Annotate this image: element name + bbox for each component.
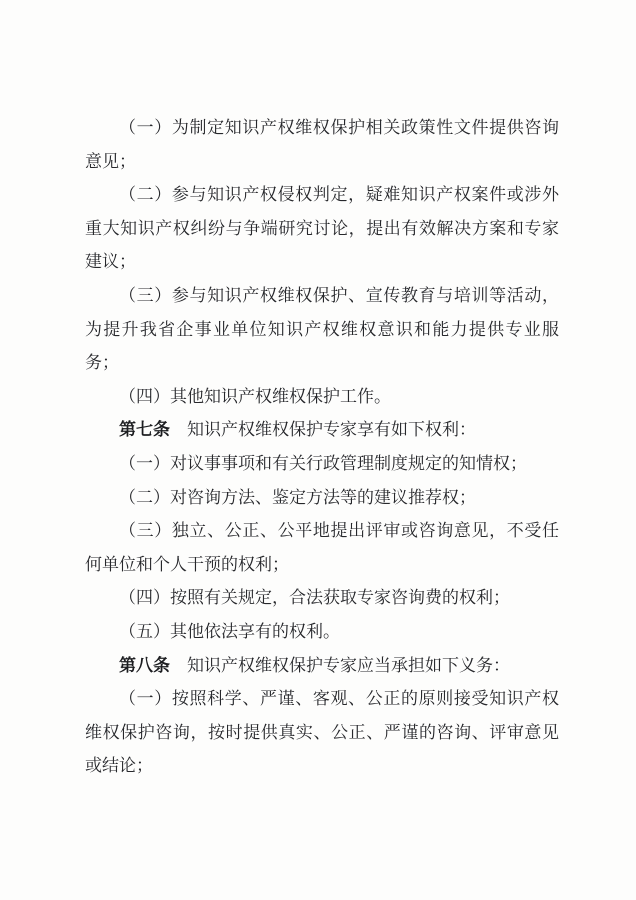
clause-paragraph: （四）按照有关规定，合法获取专家咨询费的权利；: [85, 581, 559, 615]
clause-paragraph: （三）参与知识产权维权保护、宣传教育与培训等活动，为提升我省企事业单位知识产权维…: [85, 279, 559, 380]
paragraph-text: （三）参与知识产权维权保护、宣传教育与培训等活动，为提升我省企事业单位知识产权维…: [85, 286, 559, 372]
article-paragraph: 第七条 知识产权维权保护专家享有如下权利：: [85, 413, 559, 447]
paragraph-text: （三）独立、公正、公平地提出评审或咨询意见，不受任何单位和个人干预的权利；: [85, 521, 559, 574]
paragraph-text: （一）对议事事项和有关行政管理制度规定的知情权；: [119, 454, 527, 473]
paragraph-text: （四）按照有关规定，合法获取专家咨询费的权利；: [119, 588, 510, 607]
clause-paragraph: （二）参与知识产权侵权判定，疑难知识产权案件或涉外重大知识产权纠纷与争端研究讨论…: [85, 178, 559, 279]
clause-paragraph: （一）为制定知识产权维权保护相关政策性文件提供咨询意见；: [85, 111, 559, 178]
clause-paragraph: （五）其他依法享有的权利。: [85, 615, 559, 649]
paragraph-text: （二）对咨询方法、鉴定方法等的建议推荐权；: [119, 488, 476, 507]
paragraph-text: （二）参与知识产权侵权判定，疑难知识产权案件或涉外重大知识产权纠纷与争端研究讨论…: [85, 185, 559, 271]
article-number: 第七条: [119, 420, 170, 439]
clause-paragraph: （四）其他知识产权维权保护工作。: [85, 380, 559, 414]
article-paragraph: 第八条 知识产权维权保护专家应当承担如下义务：: [85, 649, 559, 683]
paragraph-text: 知识产权维权保护专家应当承担如下义务：: [170, 656, 510, 675]
document-body: （一）为制定知识产权维权保护相关政策性文件提供咨询意见；（二）参与知识产权侵权判…: [85, 111, 559, 783]
document-page: （一）为制定知识产权维权保护相关政策性文件提供咨询意见；（二）参与知识产权侵权判…: [0, 0, 636, 900]
clause-paragraph: （一）对议事事项和有关行政管理制度规定的知情权；: [85, 447, 559, 481]
paragraph-text: 知识产权维权保护专家享有如下权利：: [170, 420, 476, 439]
paragraph-text: （五）其他依法享有的权利。: [119, 622, 340, 641]
paragraph-text: （四）其他知识产权维权保护工作。: [119, 387, 391, 406]
article-number: 第八条: [119, 656, 170, 675]
clause-paragraph: （一）按照科学、严谨、客观、公正的原则接受知识产权维权保护咨询，按时提供真实、公…: [85, 682, 559, 783]
clause-paragraph: （二）对咨询方法、鉴定方法等的建议推荐权；: [85, 481, 559, 515]
paragraph-text: （一）为制定知识产权维权保护相关政策性文件提供咨询意见；: [85, 118, 559, 171]
clause-paragraph: （三）独立、公正、公平地提出评审或咨询意见，不受任何单位和个人干预的权利；: [85, 514, 559, 581]
paragraph-text: （一）按照科学、严谨、客观、公正的原则接受知识产权维权保护咨询，按时提供真实、公…: [85, 689, 559, 775]
